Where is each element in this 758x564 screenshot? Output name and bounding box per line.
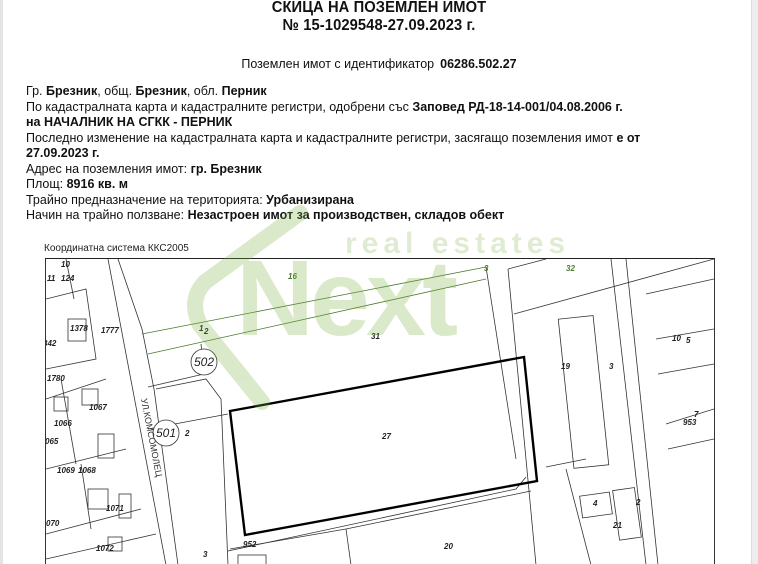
- parcel-19-label: 19: [561, 362, 570, 371]
- watermark-tagline: real estates: [345, 227, 570, 260]
- parcel-1066-label: 1066: [54, 419, 72, 428]
- usage-label: Начин на трайно ползване:: [26, 208, 188, 222]
- parcel-070-label: 070: [46, 519, 60, 528]
- region-prefix: , обл.: [187, 84, 222, 98]
- municipality-prefix: , общ.: [97, 84, 135, 98]
- parcel-7-label: 7: [694, 410, 699, 419]
- area-label: Площ:: [26, 177, 67, 191]
- parcel-124-label: 124: [61, 274, 75, 283]
- region: Перник: [222, 84, 267, 98]
- parcel-31-label: 31: [371, 332, 380, 341]
- property-info: Гр. Брезник, общ. Брезник, обл. Перник П…: [26, 84, 746, 224]
- parcel-5-label: 5: [686, 336, 691, 345]
- page-edge-left: [0, 0, 3, 564]
- parcel-2c-label: 2: [203, 327, 209, 336]
- scrollbar-track[interactable]: [751, 0, 758, 564]
- municipality: Брезник: [136, 84, 187, 98]
- parcel-10-label: 10: [672, 334, 681, 343]
- location-line: Гр. Брезник, общ. Брезник, обл. Перник: [26, 84, 746, 100]
- parcel-32-label: 32: [566, 264, 575, 273]
- block-501-label: 501: [156, 426, 176, 440]
- purpose-value: Урбанизирана: [266, 193, 354, 207]
- cadastre-text: По кадастралната карта и кадастралните р…: [26, 100, 412, 114]
- city: Брезник: [46, 84, 97, 98]
- cadastral-map: 502 501 УЛ.КОМСОМОЛЕЦ 27 16 31 32 19 3 1…: [45, 258, 715, 564]
- last-change-text: Последно изменение на кадастралната карт…: [26, 131, 616, 145]
- parcel-3c-label: 3: [484, 264, 489, 273]
- parcel-2b-label: 2: [635, 498, 641, 507]
- cadastre-order: Заповед РД-18-14-001/04.08.2006 г.: [412, 100, 622, 114]
- parcel-27-label: 27: [381, 432, 391, 441]
- parcel-10b-label: 10: [61, 260, 70, 269]
- parcel-11-label: 11: [47, 274, 56, 283]
- address-value: гр. Брезник: [191, 162, 262, 176]
- parcel-1378-label: 1378: [70, 324, 88, 333]
- parcel-20-label: 20: [443, 542, 453, 551]
- parcel-1069-label: 1069: [57, 466, 75, 475]
- document-title: СКИЦА НА ПОЗЕМЛЕН ИМОТ: [30, 0, 727, 17]
- parcel-16-label: 16: [288, 272, 297, 281]
- parcel-1067-label: 1067: [89, 403, 107, 412]
- block-502-label: 502: [194, 355, 214, 369]
- parcel-1071-label: 1071: [106, 504, 124, 513]
- parcel-1777-label: 1777: [101, 326, 119, 335]
- parcel-1068-label: 1068: [78, 466, 96, 475]
- last-change-suffix: е от: [616, 131, 640, 145]
- last-change-date: 27.09.2023 г.: [26, 146, 99, 160]
- address-label: Адрес на поземления имот:: [26, 162, 191, 176]
- identifier-line: Поземлен имот с идентификатор06286.502.2…: [0, 57, 758, 71]
- document-number: № 15-1029548-27.09.2023 г.: [30, 17, 727, 35]
- parcel-3-label: 3: [609, 362, 614, 371]
- usage-value: Незастроен имот за производствен, складо…: [188, 208, 505, 222]
- last-change-line: Последно изменение на кадастралната карт…: [26, 131, 746, 147]
- identifier-label: Поземлен имот с идентификатор: [241, 57, 434, 71]
- parcel-27-outline: [230, 357, 537, 535]
- location-prefix: Гр.: [26, 84, 46, 98]
- parcel-3b-label: 3: [203, 550, 208, 559]
- parcel-1072-label: 1072: [96, 544, 114, 553]
- parcel-952-label: 952: [243, 540, 257, 549]
- parcel-21-label: 21: [612, 521, 622, 530]
- coordinate-system-label: Координатна система ККС2005: [44, 243, 189, 254]
- identifier-value: 06286.502.27: [440, 57, 516, 71]
- cadastre-authority: на НАЧАЛНИК НА СГКК - ПЕРНИК: [26, 115, 232, 129]
- area-line: Площ: 8916 кв. м: [26, 177, 746, 193]
- parcel-2-label: 2: [184, 429, 190, 438]
- parcel-1780-label: 1780: [47, 374, 65, 383]
- map-drawing: 502 501 УЛ.КОМСОМОЛЕЦ 27 16 31 32 19 3 1…: [46, 259, 714, 564]
- parcel-065-label: 065: [46, 437, 59, 446]
- purpose-label: Трайно предназначение на територията:: [26, 193, 266, 207]
- address-line: Адрес на поземления имот: гр. Брезник: [26, 162, 746, 178]
- parcel-342-label: 342: [46, 339, 57, 348]
- purpose-line: Трайно предназначение на територията: Ур…: [26, 193, 746, 209]
- cadastre-line: По кадастралната карта и кадастралните р…: [26, 100, 746, 116]
- parcel-953-label: 953: [683, 418, 697, 427]
- authority-line: на НАЧАЛНИК НА СГКК - ПЕРНИК: [26, 115, 746, 131]
- area-value: 8916 кв. м: [67, 177, 128, 191]
- parcel-4-label: 4: [592, 499, 598, 508]
- last-change-date-line: 27.09.2023 г.: [26, 146, 746, 162]
- usage-line: Начин на трайно ползване: Незастроен имо…: [26, 208, 746, 224]
